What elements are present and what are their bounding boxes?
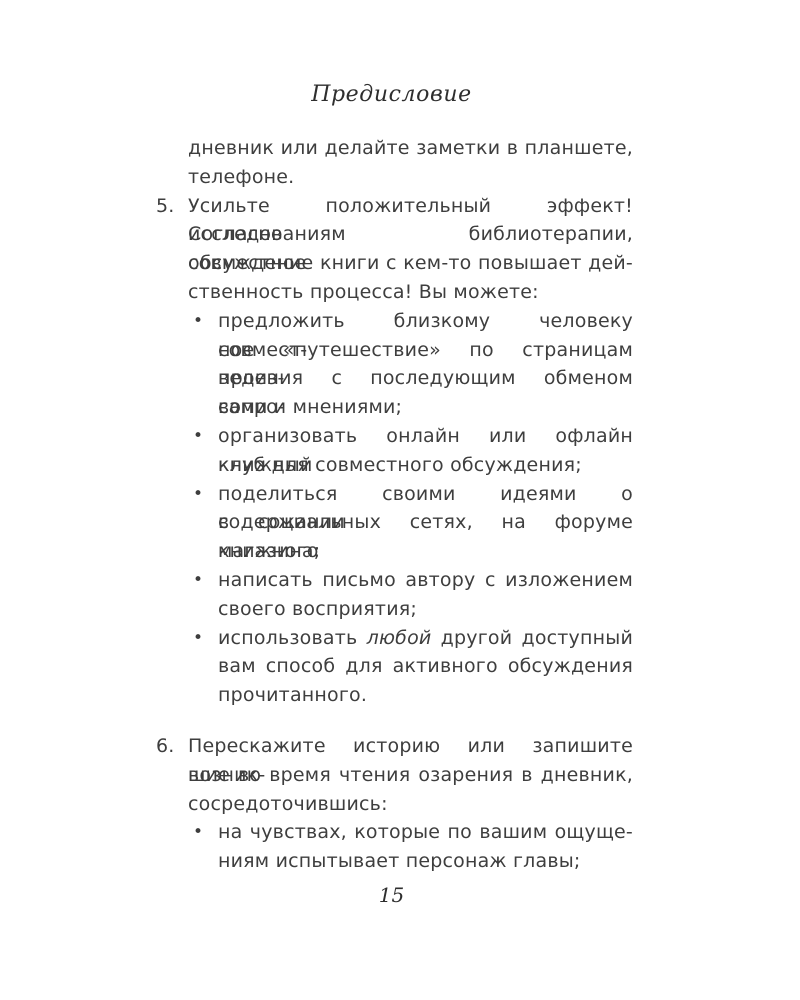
book-page: Предисловие дневник или делайте заметки … [0, 0, 800, 1000]
text-segment: другой доступный [431, 627, 633, 649]
text-line: в социальных сетях, на форуме книжного [150, 508, 633, 537]
text-line: клуб для совместного обсуждения; [150, 451, 633, 480]
text-segment: на чувствах, которые по вашим ощуще- [218, 821, 633, 843]
text-line: ное «путешествие» по страницам произ- [150, 336, 633, 365]
bullet-marker-icon: • [193, 818, 203, 847]
text-line: прочитанного. [150, 681, 633, 710]
text-segment: прочитанного. [218, 684, 367, 706]
list-number: 6. [156, 732, 175, 761]
text-segment: сосредоточившись: [188, 793, 388, 815]
text-segment: ственность процесса! Вы можете: [188, 281, 539, 303]
text-line: обсуждение книги с кем-то повышает дей- [150, 249, 633, 278]
bullet-marker-icon: • [193, 307, 203, 336]
text-segment: магазина; [218, 540, 320, 562]
text-line: сосредоточившись: [150, 790, 633, 819]
text-line: магазина; [150, 537, 633, 566]
text-line: •использовать любой другой доступный [150, 624, 633, 653]
text-segment: телефоне. [188, 166, 294, 188]
text-line: шие во время чтения озарения в дневник, [150, 761, 633, 790]
text-line: ственность процесса! Вы можете: [150, 278, 633, 307]
text-segment: обсуждение книги с кем-то повышает дей- [188, 252, 633, 274]
text-line: •организовать онлайн или офлайн книжный [150, 422, 633, 451]
text-line: •предложить близкому человеку совмест- [150, 307, 633, 336]
emphasized-text: любой [367, 627, 432, 649]
text-segment: своего восприятия; [218, 598, 417, 620]
text-segment: дневник или делайте заметки в планшете, [188, 137, 633, 159]
paragraph-spacer [150, 710, 633, 732]
bullet-marker-icon: • [193, 566, 203, 595]
text-body: дневник или делайте заметки в планшете,т… [150, 134, 633, 876]
text-line: дневник или делайте заметки в планшете, [150, 134, 633, 163]
text-line: ниям испытывает персонаж главы; [150, 847, 633, 876]
text-segment: ниям испытывает персонаж главы; [218, 850, 581, 872]
text-line: вам способ для активного обсуждения [150, 652, 633, 681]
text-segment: шие во время чтения озарения в дневник, [188, 764, 633, 786]
text-line: ведения с последующим обменом вопро- [150, 364, 633, 393]
text-segment: использовать [218, 627, 367, 649]
text-line: 6.Перескажите историю или запишите возни… [150, 732, 633, 761]
text-line: телефоне. [150, 163, 633, 192]
page-header: Предисловие [150, 82, 633, 107]
page-number: 15 [150, 883, 633, 907]
text-segment: вам способ для активного обсуждения [218, 655, 633, 677]
text-line: сами и мнениями; [150, 393, 633, 422]
text-line: 5.Усильте положительный эффект! Согласно [150, 192, 633, 221]
bullet-marker-icon: • [193, 480, 203, 509]
text-segment: клуб для совместного обсуждения; [218, 454, 582, 476]
bullet-marker-icon: • [193, 624, 203, 653]
text-segment: написать письмо автору с изложением [218, 569, 633, 591]
text-line: своего восприятия; [150, 595, 633, 624]
text-line: •поделиться своими идеями о содержании [150, 480, 633, 509]
text-line: исследованиям библиотерапии, совместное [150, 220, 633, 249]
text-line: •на чувствах, которые по вашим ощуще- [150, 818, 633, 847]
text-segment: сами и мнениями; [218, 396, 402, 418]
list-number: 5. [156, 192, 175, 221]
bullet-marker-icon: • [193, 422, 203, 451]
text-line: •написать письмо автору с изложением [150, 566, 633, 595]
